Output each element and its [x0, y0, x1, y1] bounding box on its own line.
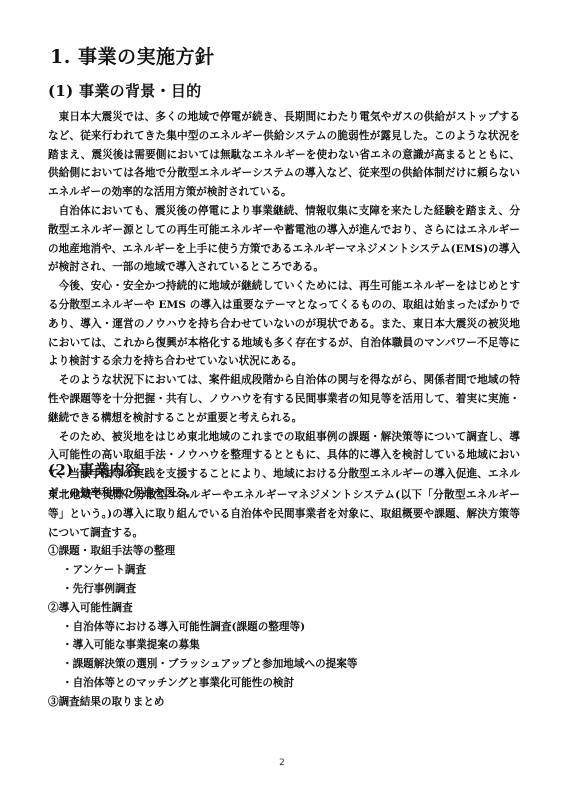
list-subitem: ・アンケート調査 — [48, 561, 520, 580]
list-item: ①課題・取組手法等の整理 — [48, 542, 520, 561]
paragraph: 今後、安心・安全かつ持続的に地域が継続していくためには、再生可能エネルギーをはじ… — [48, 277, 520, 371]
paragraph: そのような状況下においては、案件組成段階から自治体の関与を得ながら、関係者間で地… — [48, 371, 520, 427]
list-subitem: ・課題解決策の選別・ブラッシュアップと参加地域への提案等 — [48, 655, 520, 674]
document-page: 1. 事業の実施方針 (1) 事業の背景・目的 東日本大震災では、多くの地域で停… — [0, 0, 564, 800]
section-heading-content: (2) 事業内容 — [48, 459, 140, 480]
page-title: 1. 事業の実施方針 — [50, 42, 214, 69]
section-heading-background: (1) 事業の背景・目的 — [48, 80, 201, 101]
paragraph: 自治体においても、震災後の停電により事業継続、情報収集に支障を来たした経験を踏ま… — [48, 202, 520, 277]
section-background-body: 東日本大震災では、多くの地域で停電が続き、長期間にわたり電気やガスの供給がストッ… — [48, 108, 520, 503]
section-intro: 東北地域で実際に分散型エネルギーやエネルギーマネジメントシステム(以下「分散型エ… — [48, 486, 520, 542]
list-subitem: ・導入可能な事業提案の募集 — [48, 636, 520, 655]
list-subitem: ・自治体等とのマッチングと事業化可能性の検討 — [48, 674, 520, 693]
page-number: 2 — [0, 758, 564, 768]
list-subitem: ・先行事例調査 — [48, 580, 520, 599]
list-item: ②導入可能性調査 — [48, 599, 520, 618]
list-item: ③調査結果の取りまとめ — [48, 693, 520, 712]
section-content-body: 東北地域で実際に分散型エネルギーやエネルギーマネジメントシステム(以下「分散型エ… — [48, 486, 520, 712]
task-list: ①課題・取組手法等の整理 ・アンケート調査 ・先行事例調査 ②導入可能性調査 ・… — [48, 542, 520, 711]
paragraph: 東日本大震災では、多くの地域で停電が続き、長期間にわたり電気やガスの供給がストッ… — [48, 108, 520, 202]
list-subitem: ・自治体等における導入可能性調査(課題の整理等) — [48, 618, 520, 637]
